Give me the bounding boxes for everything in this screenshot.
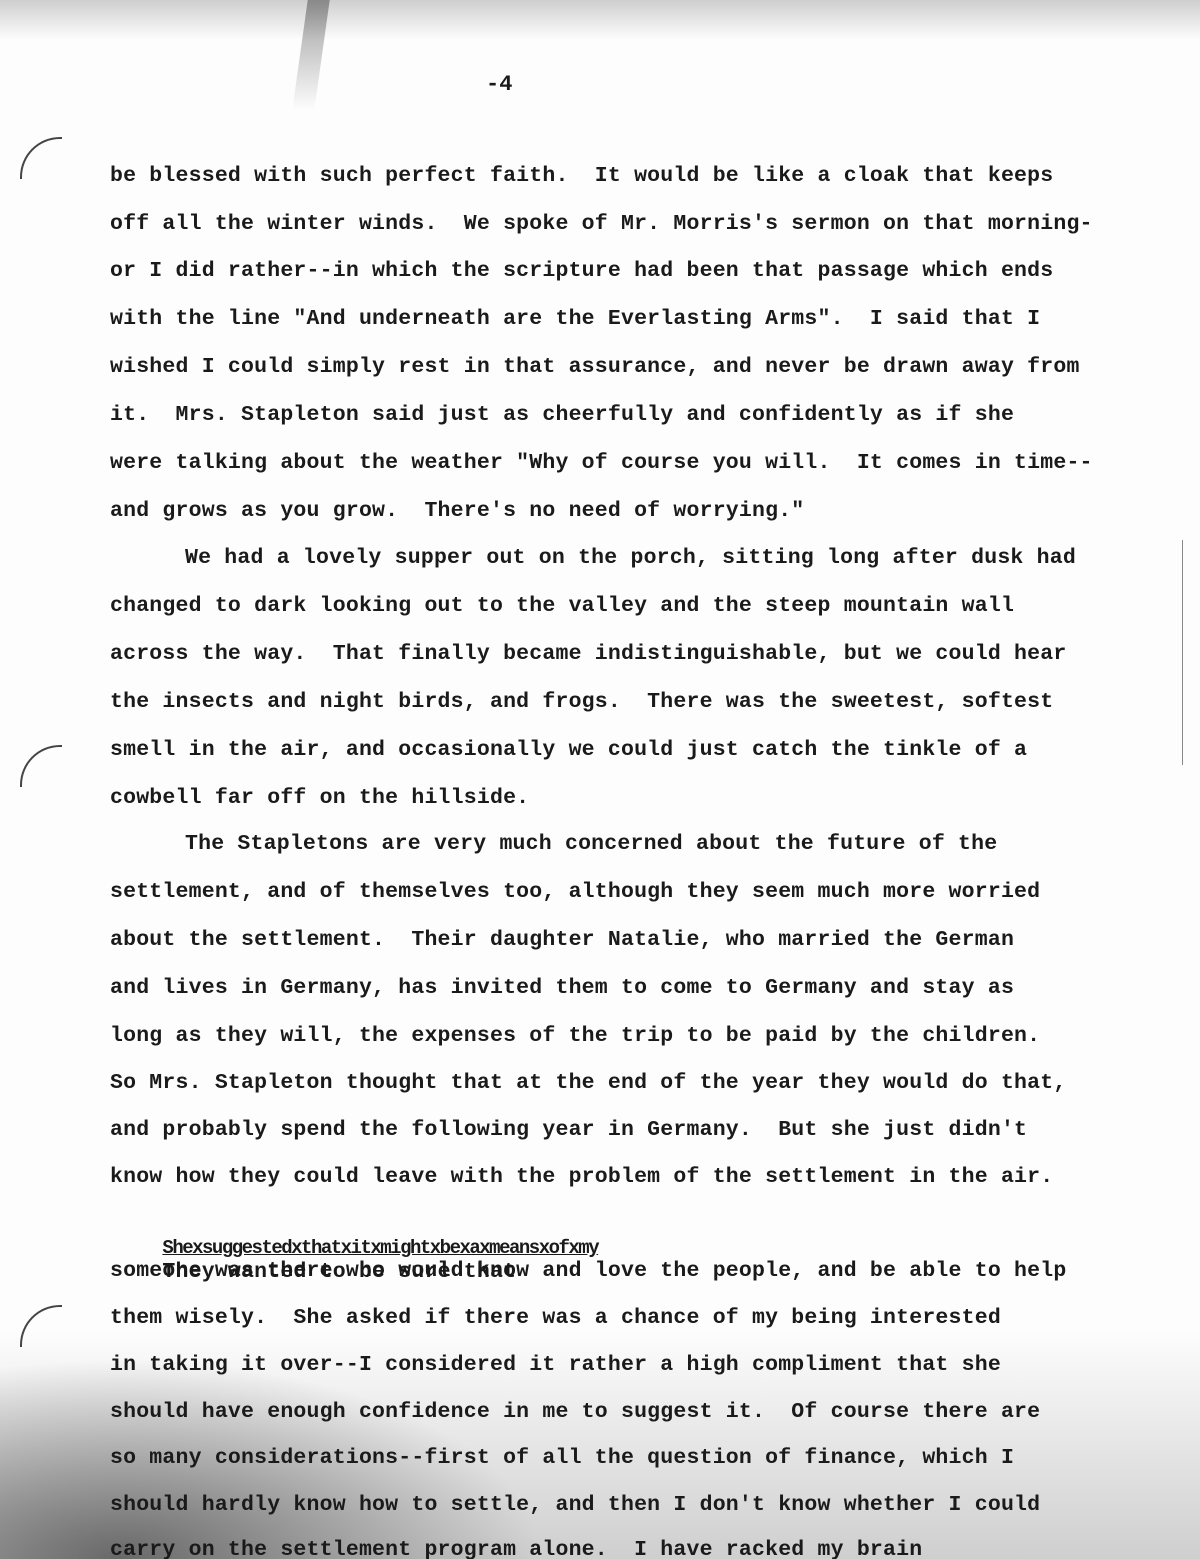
text-line: so many considerations--first of all the… bbox=[110, 1446, 1014, 1470]
paragraph-start-line: The Stapletons are very much concerned a… bbox=[185, 832, 997, 856]
text-line: off all the winter winds. We spoke of Mr… bbox=[110, 212, 1093, 236]
text-line: should have enough confidence in me to s… bbox=[110, 1400, 1040, 1424]
text-line: in taking it over--I considered it rathe… bbox=[110, 1353, 1001, 1377]
text-line: wished I could simply rest in that assur… bbox=[110, 355, 1080, 379]
text-line: and probably spend the following year in… bbox=[110, 1118, 1027, 1142]
text-line: across the way. That finally became indi… bbox=[110, 642, 1066, 666]
text-line: someone was there who would know and lov… bbox=[110, 1259, 1066, 1283]
text-line: and lives in Germany, has invited them t… bbox=[110, 976, 1014, 1000]
scan-smudge-top bbox=[0, 0, 1200, 40]
paragraph-start-line: We had a lovely supper out on the porch,… bbox=[185, 546, 1076, 570]
punch-hole-mark bbox=[20, 137, 62, 179]
text-line: with the line "And underneath are the Ev… bbox=[110, 307, 1040, 331]
text-line: were talking about the weather "Why of c… bbox=[110, 451, 1093, 475]
text-line: know how they could leave with the probl… bbox=[110, 1165, 1053, 1189]
text-line: settlement, and of themselves too, altho… bbox=[110, 880, 1040, 904]
text-line: the insects and night birds, and frogs. … bbox=[110, 690, 1053, 714]
text-line: and grows as you grow. There's no need o… bbox=[110, 499, 804, 523]
text-line: be blessed with such perfect faith. It w… bbox=[110, 164, 1053, 188]
text-line: cowbell far off on the hillside. bbox=[110, 786, 529, 810]
page-number: -4 bbox=[486, 72, 512, 97]
document-page: -4 be blessed with such perfect faith. I… bbox=[0, 0, 1200, 1559]
text-line: or I did rather--in which the scripture … bbox=[110, 259, 1053, 283]
text-line: changed to dark looking out to the valle… bbox=[110, 594, 1014, 618]
text-line: carry on the settlement program alone. I… bbox=[110, 1538, 922, 1559]
margin-bracket bbox=[1172, 540, 1183, 765]
text-line: them wisely. She asked if there was a ch… bbox=[110, 1306, 1001, 1330]
text-line: it. Mrs. Stapleton said just as cheerful… bbox=[110, 403, 1014, 427]
text-line: long as they will, the expenses of the t… bbox=[110, 1024, 1040, 1048]
text-line: smell in the air, and occasionally we co… bbox=[110, 738, 1027, 762]
text-line: about the settlement. Their daughter Nat… bbox=[110, 928, 1014, 952]
struck-out-text: Shexsuggestedxthatxitxmightxbexaxmeansxo… bbox=[162, 1237, 598, 1259]
punch-hole-mark bbox=[20, 1305, 62, 1347]
punch-hole-mark bbox=[20, 745, 62, 787]
text-line: So Mrs. Stapleton thought that at the en… bbox=[110, 1071, 1066, 1095]
text-line: should hardly know how to settle, and th… bbox=[110, 1493, 1040, 1517]
